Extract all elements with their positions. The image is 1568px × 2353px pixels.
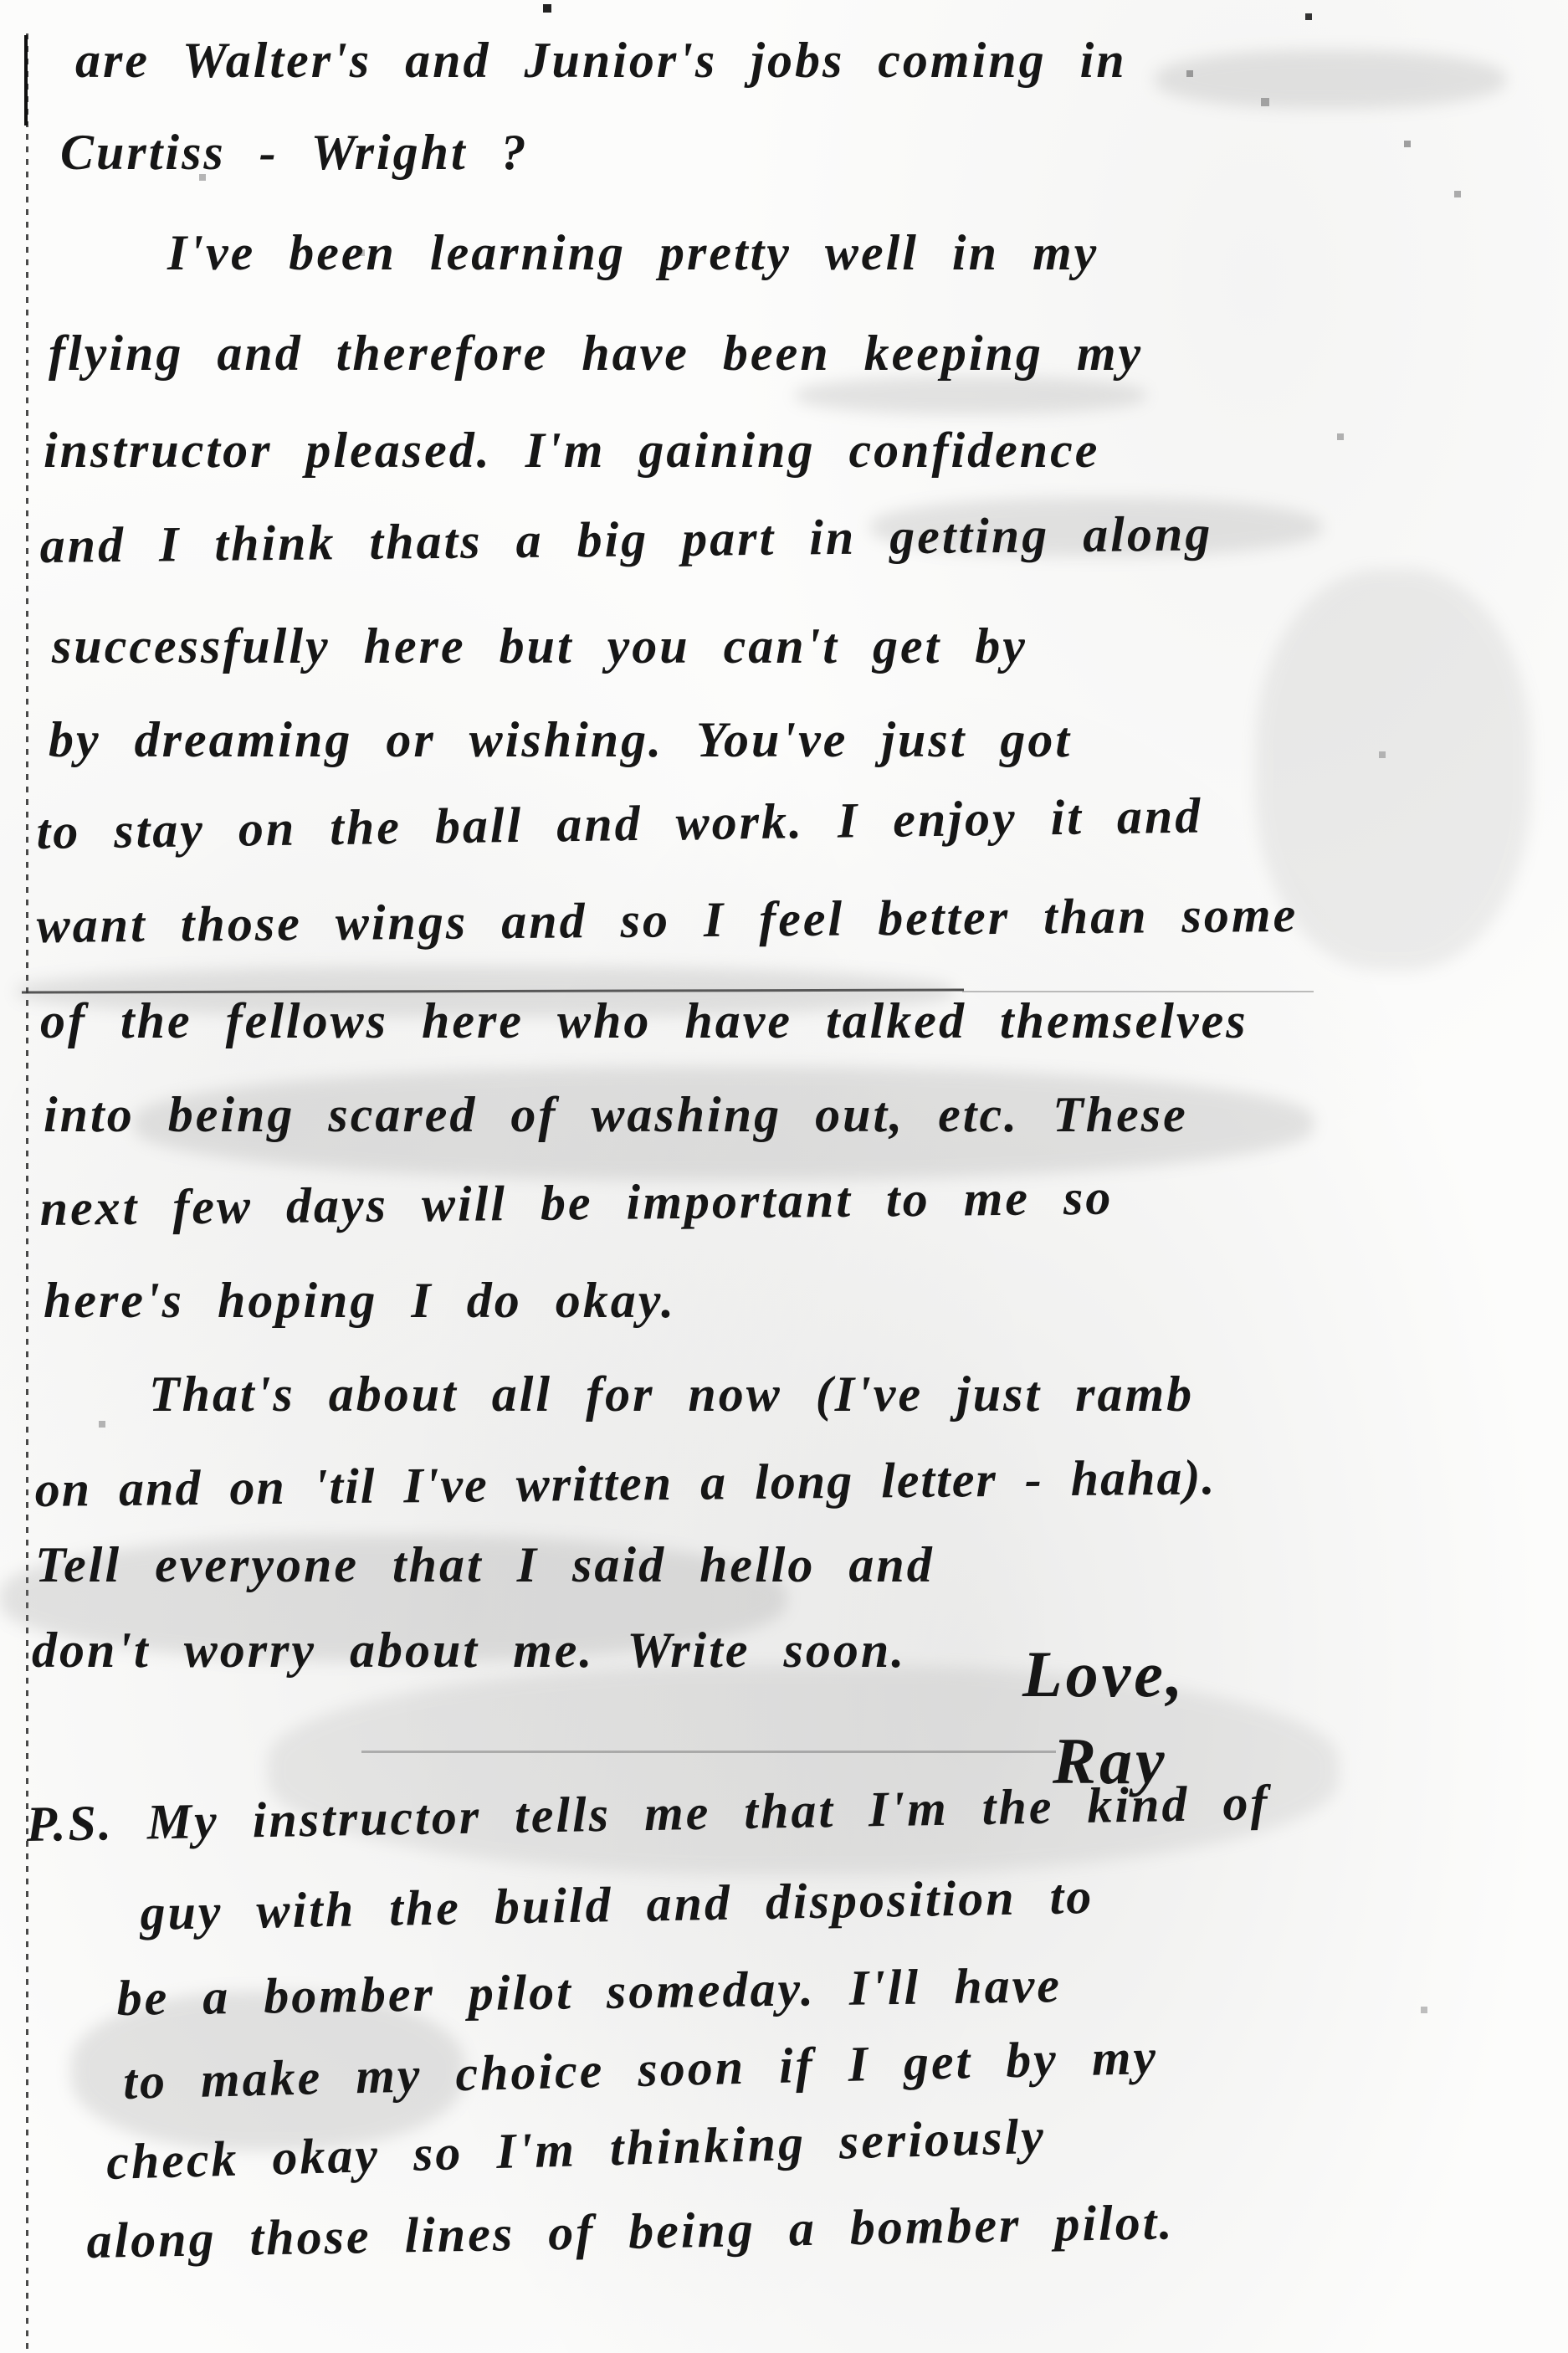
letter-line: don't worry about me. Write soon. (32, 1625, 906, 1675)
postscript-line: guy with the build and disposition to (140, 1871, 1094, 1938)
letter-line: That's about all for now (I've just ramb (149, 1369, 1194, 1419)
scan-speckles (0, 0, 3, 3)
scan-smudge (1155, 50, 1506, 109)
letter-line: on and on 'til I've written a long lette… (34, 1452, 1216, 1515)
scan-horizontal-line-fade (962, 991, 1314, 992)
letter-line: and I think thats a big part in getting … (39, 508, 1212, 571)
letter-line: I've been learning pretty well in my (167, 228, 1099, 278)
letter-line: are Walter's and Junior's jobs coming in (75, 35, 1127, 85)
letter-line: by dreaming or wishing. You've just got (49, 715, 1072, 765)
scan-left-edge-dashed-line (26, 33, 28, 2353)
letter-line: to stay on the ball and work. I enjoy it… (36, 791, 1202, 857)
scan-left-edge-dark-mark (24, 35, 28, 126)
letter-closing: Love, (1022, 1642, 1186, 1707)
letter-line: of the fellows here who have talked them… (40, 996, 1248, 1046)
scan-smudge (795, 377, 1146, 414)
letter-line: into being scared of washing out, etc. T… (44, 1089, 1188, 1140)
letter-line: next few days will be important to me so (39, 1172, 1113, 1233)
postscript-line: be a bomber pilot someday. I'll have (116, 1960, 1062, 2023)
postscript-line: along those lines of being a bomber pilo… (86, 2197, 1175, 2266)
letter-page: are Walter's and Junior's jobs coming in… (0, 0, 1568, 2353)
letter-line: Curtiss - Wright ? (60, 127, 529, 177)
letter-line: want those wings and so I feel better th… (36, 889, 1298, 951)
letter-line: successfully here but you can't get by (52, 621, 1027, 671)
letter-line: instructor pleased. I'm gaining confiden… (44, 425, 1099, 475)
letter-line: Tell everyone that I said hello and (35, 1540, 935, 1590)
letter-line: here's hoping I do okay. (44, 1275, 676, 1325)
letter-line: flying and therefore have been keeping m… (49, 328, 1143, 378)
